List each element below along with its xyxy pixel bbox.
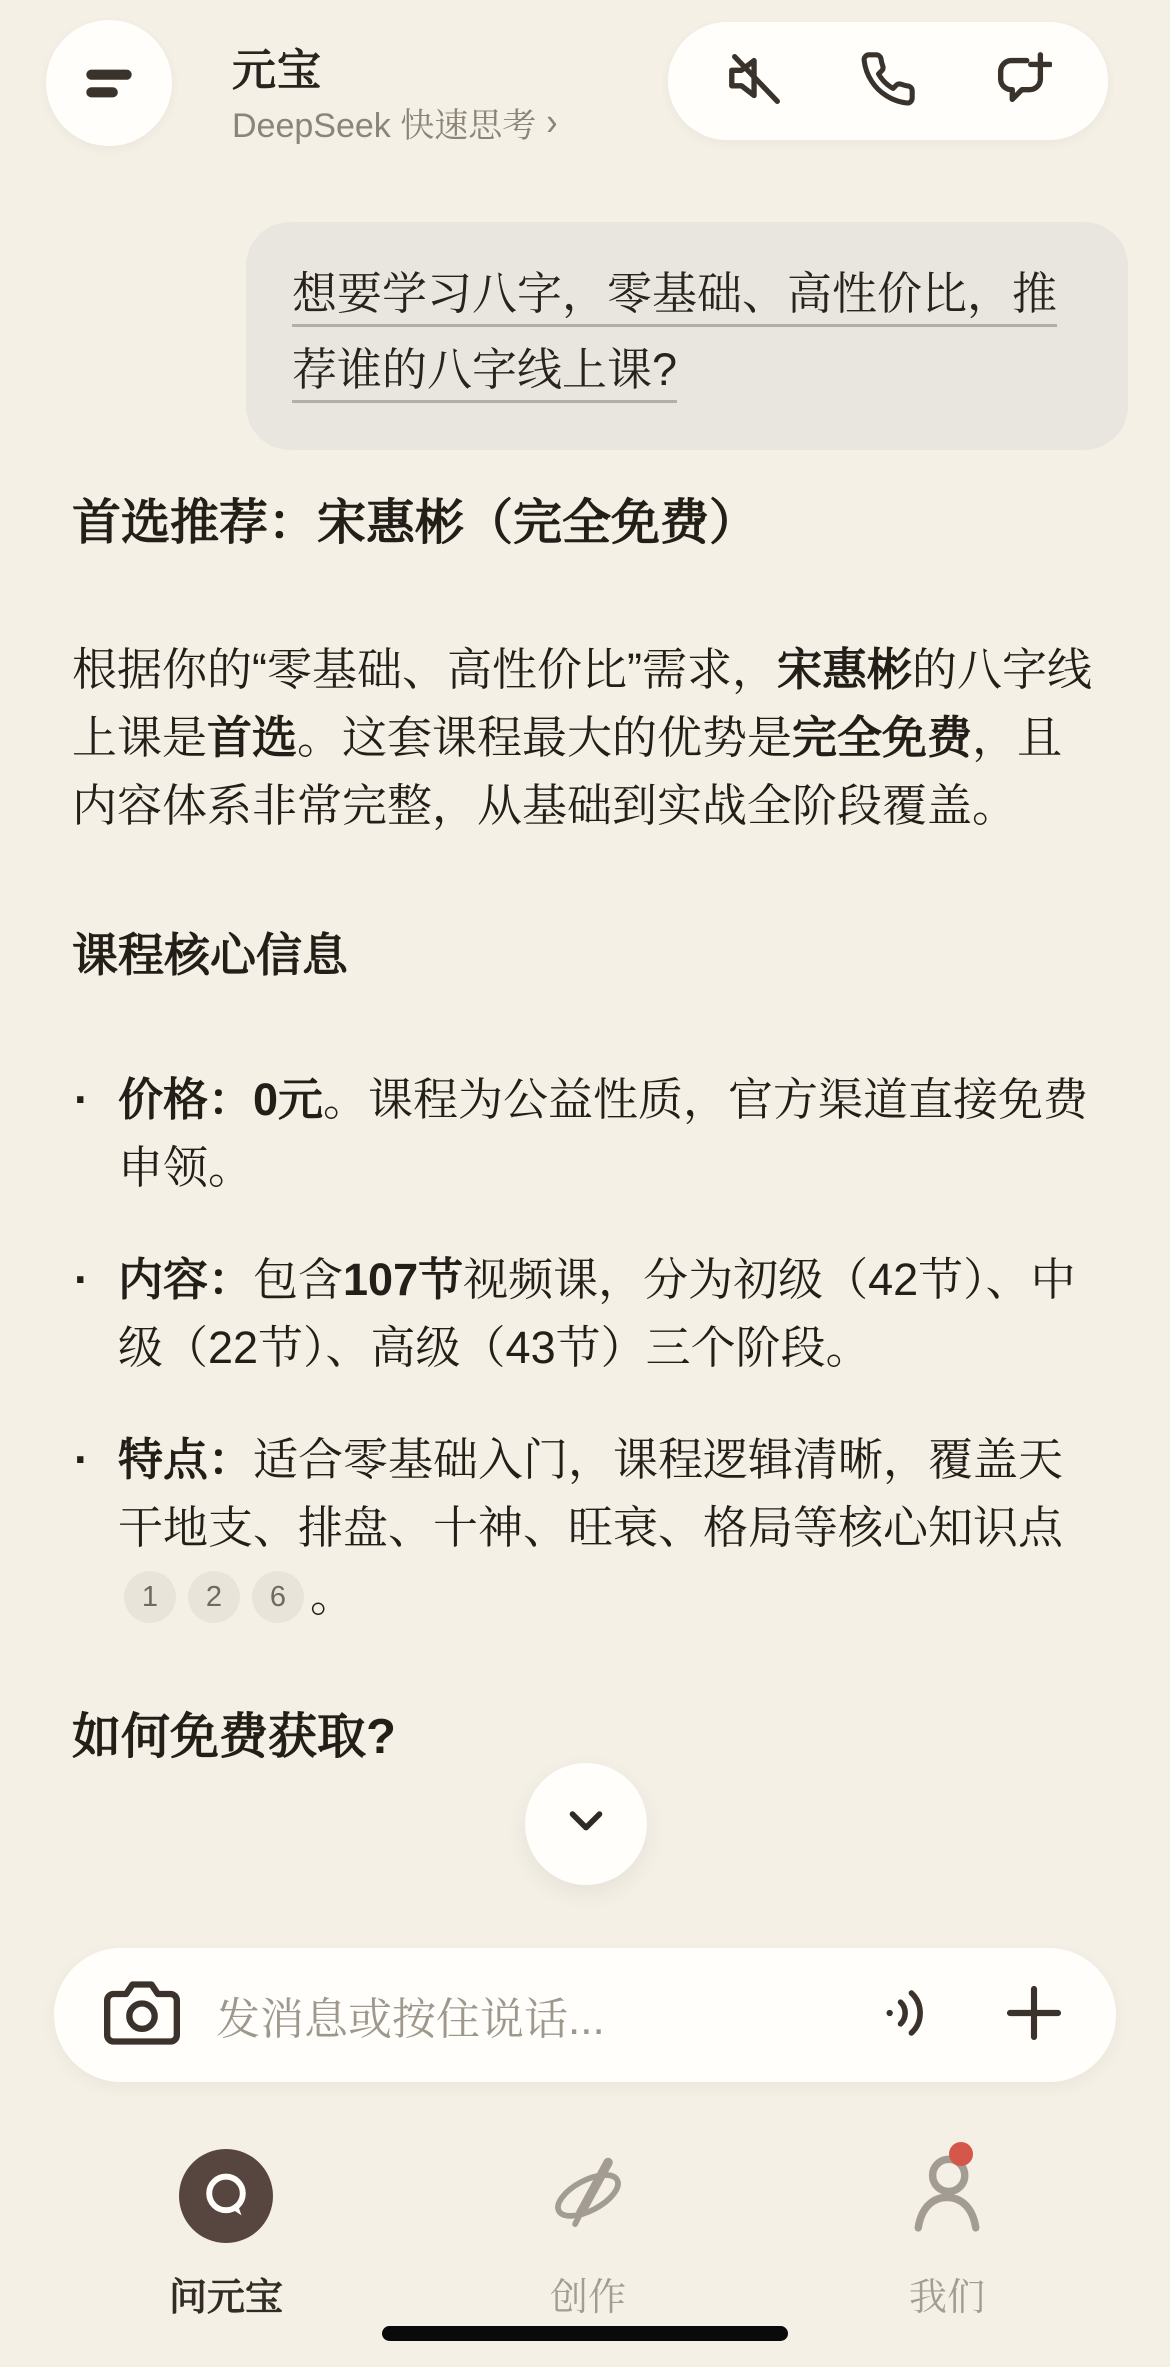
text-run-bold: 价格：0元 — [118, 1074, 323, 1125]
text-run-bold: 内容： — [118, 1254, 253, 1305]
bullet-item-content: ·内容：包含107节视频课，分为初级（42节）、中级（22节）、高级（43节）三… — [72, 1246, 1106, 1382]
bullet-marker: · — [74, 1426, 89, 1494]
answer-section-heading: 课程核心信息 — [72, 926, 1106, 984]
citation-badge[interactable]: 1 — [124, 1571, 176, 1623]
answer-intro-paragraph: 根据你的“零基础、高性价比”需求，宋惠彬的八字线上课是首选。这套课程最大的优势是… — [72, 636, 1106, 840]
call-button[interactable] — [843, 22, 933, 140]
voice-wave-icon[interactable] — [880, 1984, 938, 2047]
home-indicator[interactable] — [382, 2326, 788, 2341]
tab-bar: 问元宝 创作 — [0, 2140, 1170, 2310]
model-selector-label: DeepSeek 快速思考 — [232, 98, 536, 147]
chevron-right-icon: › — [546, 100, 557, 145]
chevron-down-icon — [559, 1795, 613, 1854]
bullet-item-price: ·价格：0元。课程为公益性质，官方渠道直接免费申领。 — [72, 1066, 1106, 1202]
tab-ask-yuanbao[interactable]: 问元宝 — [116, 2148, 336, 2321]
tab-label: 我们 — [909, 2266, 985, 2321]
bullet-marker: · — [74, 1066, 89, 1134]
notification-dot — [949, 2142, 973, 2166]
assistant-message: 首选推荐：宋惠彬（完全免费） 根据你的“零基础、高性价比”需求，宋惠彬的八字线上… — [72, 492, 1106, 1768]
answer-heading-primary: 首选推荐：宋惠彬（完全免费） — [72, 492, 1106, 554]
plus-icon[interactable] — [1002, 1981, 1066, 2050]
pen-orbit-icon — [545, 2151, 631, 2242]
tab-label: 创作 — [550, 2266, 626, 2321]
new-chat-button[interactable] — [976, 22, 1066, 140]
app-screen: 元宝 DeepSeek 快速思考 › — [0, 0, 1170, 2367]
text-run-bold: 宋惠彬 — [777, 644, 912, 695]
user-message-text: 想要学习八字，零基础、高性价比，推荐谁的八字线上课? — [292, 268, 1057, 395]
text-run: 包含 — [253, 1254, 343, 1305]
text-run: 。 — [310, 1570, 355, 1621]
text-run-bold: 首选 — [207, 712, 297, 763]
bullet-marker: · — [74, 1246, 89, 1314]
tab-us[interactable]: 我们 — [837, 2148, 1057, 2321]
citation-badge[interactable]: 6 — [252, 1571, 304, 1623]
phone-icon — [859, 50, 917, 113]
text-run: 适合零基础入门，课程逻辑清晰，覆盖天干地支、排盘、十神、旺衰、格局等核心知识点 — [118, 1434, 1063, 1553]
text-run-bold: 完全免费 — [792, 712, 972, 763]
model-selector[interactable]: DeepSeek 快速思考 › — [232, 98, 558, 147]
citation-badge[interactable]: 2 — [188, 1571, 240, 1623]
text-run: 根据你的“零基础、高性价比”需求， — [72, 644, 777, 695]
new-chat-icon — [990, 48, 1052, 115]
bullet-item-features: ·特点：适合零基础入门，课程逻辑清晰，覆盖天干地支、排盘、十神、旺衰、格局等核心… — [72, 1426, 1106, 1630]
message-input[interactable]: 发消息或按住说话... — [216, 1983, 880, 2047]
app-title: 元宝 — [232, 34, 322, 98]
mute-button[interactable] — [711, 22, 801, 140]
camera-icon[interactable] — [104, 1975, 180, 2056]
tab-label: 问元宝 — [169, 2266, 283, 2321]
header-actions — [668, 22, 1108, 140]
message-composer[interactable]: 发消息或按住说话... — [54, 1948, 1116, 2082]
user-message-bubble[interactable]: 想要学习八字，零基础、高性价比，推荐谁的八字线上课? — [246, 222, 1128, 450]
text-run-bold: 特点： — [118, 1434, 253, 1485]
chat-bubble-icon — [179, 2149, 273, 2243]
person-icon — [903, 2150, 991, 2243]
menu-icon — [80, 52, 138, 115]
text-run: 。这套课程最大的优势是 — [297, 712, 792, 763]
menu-button[interactable] — [46, 20, 172, 146]
muted-speaker-icon — [725, 48, 787, 115]
scroll-to-bottom-button[interactable] — [525, 1763, 647, 1885]
answer-followup-heading: 如何免费获取? — [72, 1706, 1106, 1768]
tab-create[interactable]: 创作 — [478, 2148, 698, 2321]
text-run-bold: 107节 — [343, 1254, 463, 1305]
